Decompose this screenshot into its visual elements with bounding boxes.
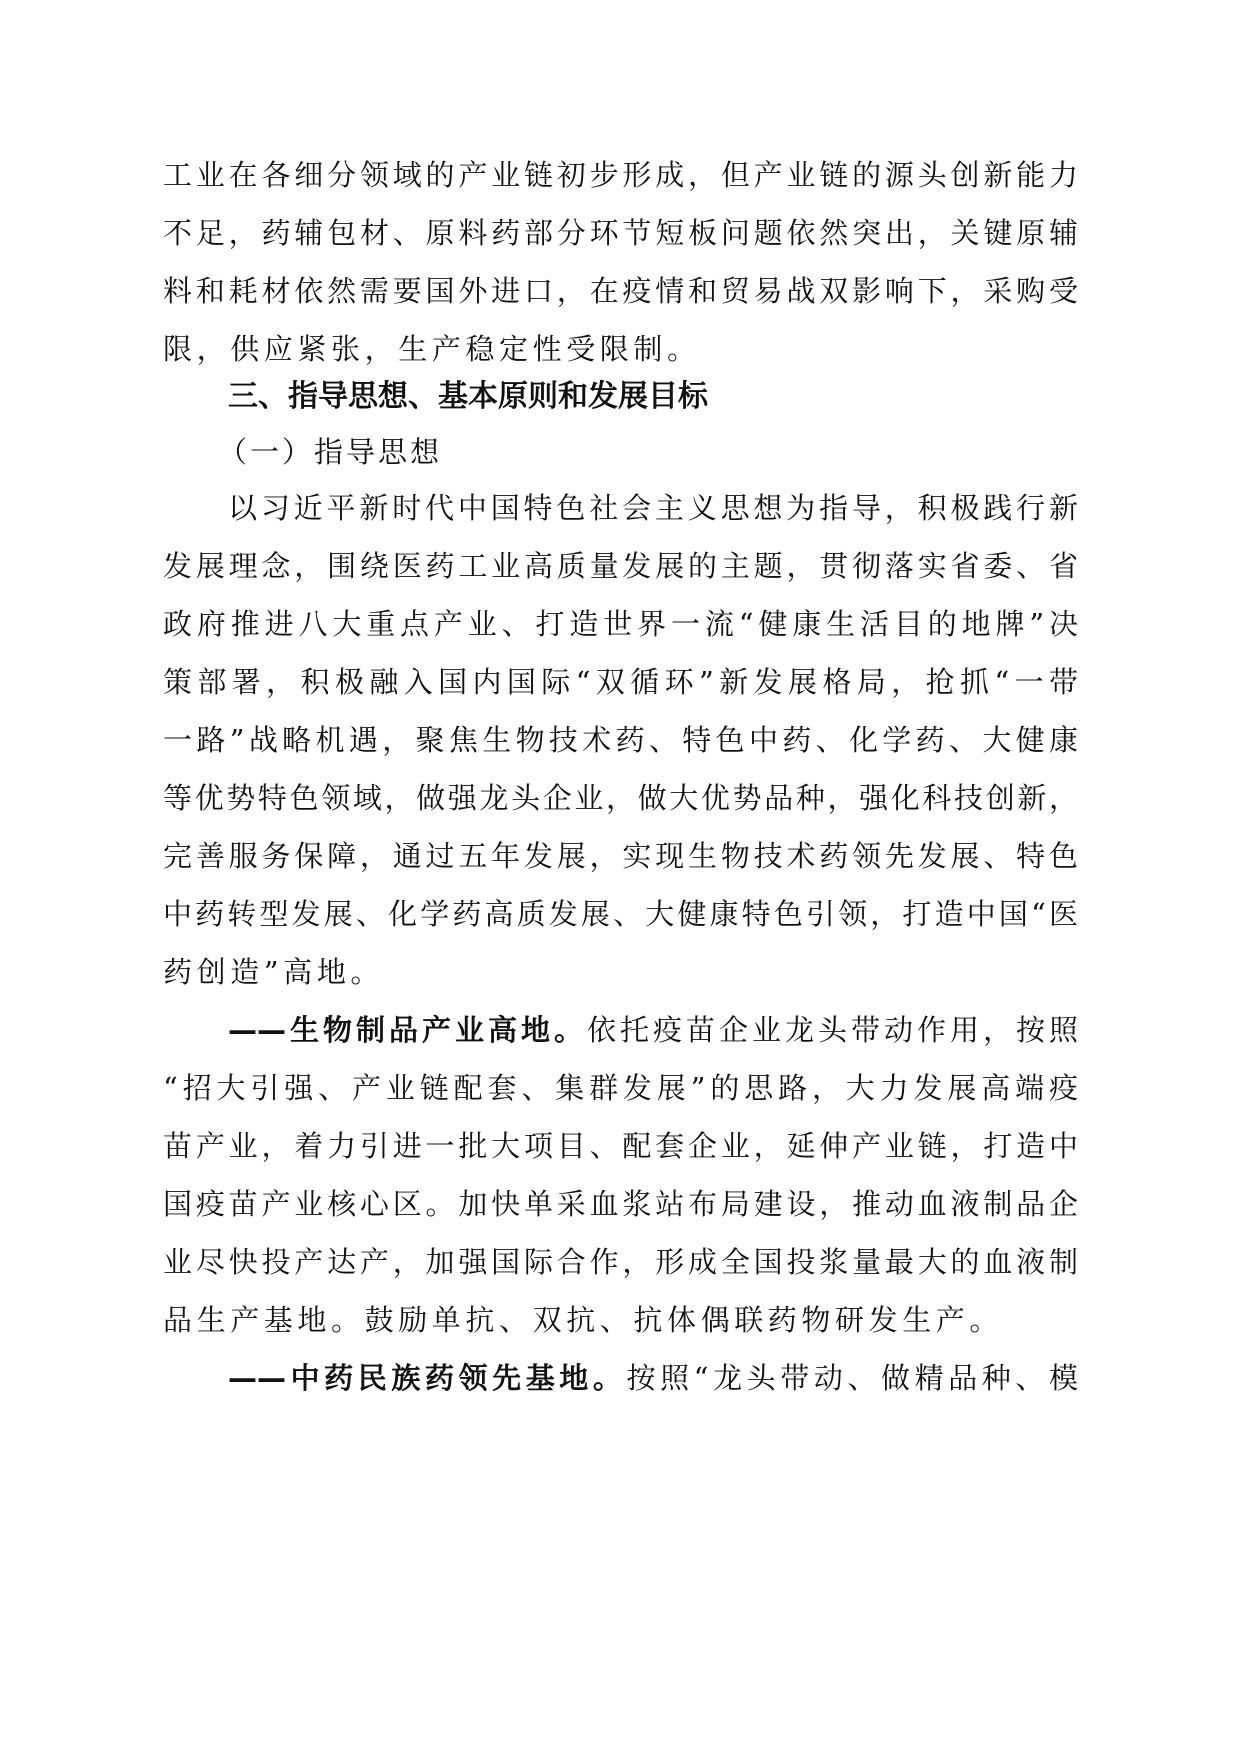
body-text-line: 料和耗材依然需要国外进口，在疫情和贸易战双影响下，采购受 <box>163 271 1078 311</box>
text: 限，供应紧张，生产稳定性受限制。 <box>163 329 701 369</box>
body-text-line: 品生产基地。鼓励单抗、双抗、抗体偶联药物研发生产。 <box>163 1300 1078 1340</box>
text: 中药转型发展、化学药高质发展、大健康特色引领，打造中国“医 <box>163 894 1078 934</box>
body-text-line: 完善服务保障，通过五年发展，实现生物技术药领先发展、特色 <box>163 836 1078 876</box>
text: 按照“龙头带动、做精品种、模 <box>627 1361 1079 1395</box>
body-text-line: 中药转型发展、化学药高质发展、大健康特色引领，打造中国“医 <box>163 894 1078 934</box>
body-text-line: 政府推进八大重点产业、打造世界一流“健康生活目的地牌”决 <box>163 604 1078 644</box>
text: 工业在各细分领域的产业链初步形成，但产业链的源头创新能力 <box>163 155 1078 195</box>
text: 料和耗材依然需要国外进口，在疫情和贸易战双影响下，采购受 <box>163 271 1078 311</box>
body-text-line: 以习近平新时代中国特色社会主义思想为指导，积极践行新 <box>228 488 1078 528</box>
body-text-line: “招大引强、产业链配套、集群发展”的思路，大力发展高端疫 <box>163 1068 1078 1108</box>
body-text-line: 策部署，积极融入国内国际“双循环”新发展格局，抢抓“一带 <box>163 662 1078 702</box>
text: 等优势特色领域，做强龙头企业，做大优势品种，强化科技创新， <box>163 778 1078 818</box>
body-text-line: ——生物制品产业高地。依托疫苗企业龙头带动作用，按照 <box>228 1010 1078 1050</box>
body-text-line: ——中药民族药领先基地。按照“龙头带动、做精品种、模 <box>228 1358 1078 1398</box>
text: 一路”战略机遇，聚焦生物技术药、特色中药、化学药、大健康 <box>163 720 1078 760</box>
paragraph-lead-bold: ——中药民族药领先基地。 <box>228 1361 627 1395</box>
subsection-heading: （一）指导思想 <box>218 432 442 472</box>
body-text-line: 限，供应紧张，生产稳定性受限制。 <box>163 329 1078 369</box>
body-text-line: 业尽快投产达产，加强国际合作，形成全国投浆量最大的血液制 <box>163 1242 1078 1282</box>
body-text-line: 国疫苗产业核心区。加快单采血浆站布局建设，推动血液制品企 <box>163 1184 1078 1224</box>
body-text-line: 发展理念，围绕医药工业高质量发展的主题，贯彻落实省委、省 <box>163 546 1078 586</box>
text: 品生产基地。鼓励单抗、双抗、抗体偶联药物研发生产。 <box>163 1300 1003 1340</box>
text: 发展理念，围绕医药工业高质量发展的主题，贯彻落实省委、省 <box>163 546 1078 586</box>
body-text-line: 等优势特色领域，做强龙头企业，做大优势品种，强化科技创新， <box>163 778 1078 818</box>
text: 业尽快投产达产，加强国际合作，形成全国投浆量最大的血液制 <box>163 1242 1078 1282</box>
text: ——中药民族药领先基地。按照“龙头带动、做精品种、模 <box>228 1358 1078 1398</box>
text: ——生物制品产业高地。依托疫苗企业龙头带动作用，按照 <box>228 1010 1078 1050</box>
text: 不足，药辅包材、原料药部分环节短板问题依然突出，关键原辅 <box>163 213 1078 253</box>
text: 策部署，积极融入国内国际“双循环”新发展格局，抢抓“一带 <box>163 662 1078 702</box>
text: “招大引强、产业链配套、集群发展”的思路，大力发展高端疫 <box>163 1068 1078 1108</box>
body-text-line: 不足，药辅包材、原料药部分环节短板问题依然突出，关键原辅 <box>163 213 1078 253</box>
body-text-line: 苗产业，着力引进一批大项目、配套企业，延伸产业链，打造中 <box>163 1126 1078 1166</box>
text: 依托疫苗企业龙头带动作用，按照 <box>587 1013 1078 1047</box>
text: 苗产业，着力引进一批大项目、配套企业，延伸产业链，打造中 <box>163 1126 1078 1166</box>
text: 国疫苗产业核心区。加快单采血浆站布局建设，推动血液制品企 <box>163 1184 1078 1224</box>
body-text-line: 药创造”高地。 <box>163 952 1078 992</box>
text: 药创造”高地。 <box>163 952 384 992</box>
text: 完善服务保障，通过五年发展，实现生物技术药领先发展、特色 <box>163 836 1078 876</box>
paragraph-lead-bold: ——生物制品产业高地。 <box>228 1013 587 1047</box>
text: 以习近平新时代中国特色社会主义思想为指导，积极践行新 <box>228 488 1078 528</box>
body-text-line: 一路”战略机遇，聚焦生物技术药、特色中药、化学药、大健康 <box>163 720 1078 760</box>
text: 政府推进八大重点产业、打造世界一流“健康生活目的地牌”决 <box>163 604 1078 644</box>
section-heading: 三、指导思想、基本原则和发展目标 <box>228 377 708 417</box>
body-text-line: 工业在各细分领域的产业链初步形成，但产业链的源头创新能力 <box>163 155 1078 195</box>
